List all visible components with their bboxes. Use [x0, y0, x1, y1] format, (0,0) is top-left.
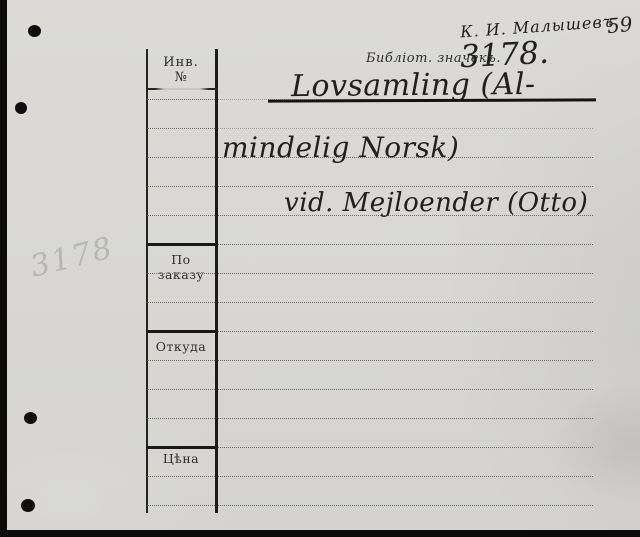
punch-hole-1 — [28, 25, 41, 37]
column-rule — [147, 215, 215, 216]
column-rule — [147, 476, 215, 477]
title-line-2: mindelig Norsk) — [222, 131, 459, 164]
ruled-line — [218, 302, 593, 303]
ruled-line — [218, 273, 593, 274]
ruled-line — [218, 186, 593, 187]
column-rule — [147, 99, 215, 100]
inventory-label-line1: Инв. — [147, 55, 215, 70]
by-order-label: По заказу — [147, 252, 215, 282]
section-divider-by-order — [146, 243, 218, 246]
section-divider-price — [146, 446, 218, 449]
column-rule — [147, 186, 215, 187]
column-rule — [147, 418, 215, 419]
ruled-line — [218, 505, 593, 506]
ruled-line — [218, 447, 593, 448]
ruled-line — [218, 418, 593, 419]
punch-hole-3 — [24, 412, 37, 424]
corner-page-number: 59 — [606, 12, 634, 39]
scanned-card: Инв. № По заказу Откуда Цѣна К. И. Малыш… — [0, 0, 640, 537]
scan-edge-bottom — [0, 530, 640, 537]
column-rule — [147, 157, 215, 158]
punch-hole-4 — [21, 499, 35, 512]
column-rule — [147, 389, 215, 390]
punch-hole-2 — [15, 102, 27, 114]
ruled-line — [218, 244, 593, 245]
column-rule — [147, 302, 215, 303]
ruled-line — [218, 128, 593, 129]
reference-line: vid. Mejloender (Otto) — [284, 188, 588, 218]
ruled-line — [218, 331, 593, 332]
column-right-rule — [215, 49, 218, 513]
column-rule — [147, 128, 215, 129]
ruled-line — [218, 476, 593, 477]
column-rule — [147, 273, 215, 274]
ruled-line — [218, 360, 593, 361]
origin-label: Откуда — [147, 339, 215, 354]
column-rule — [147, 505, 215, 506]
inventory-label-line2: № — [147, 70, 215, 85]
scan-edge-left — [0, 0, 7, 537]
section-divider-origin — [146, 330, 218, 333]
price-label: Цѣна — [147, 451, 215, 466]
header-divider — [146, 88, 218, 90]
ruled-line — [218, 389, 593, 390]
column-rule — [147, 360, 215, 361]
